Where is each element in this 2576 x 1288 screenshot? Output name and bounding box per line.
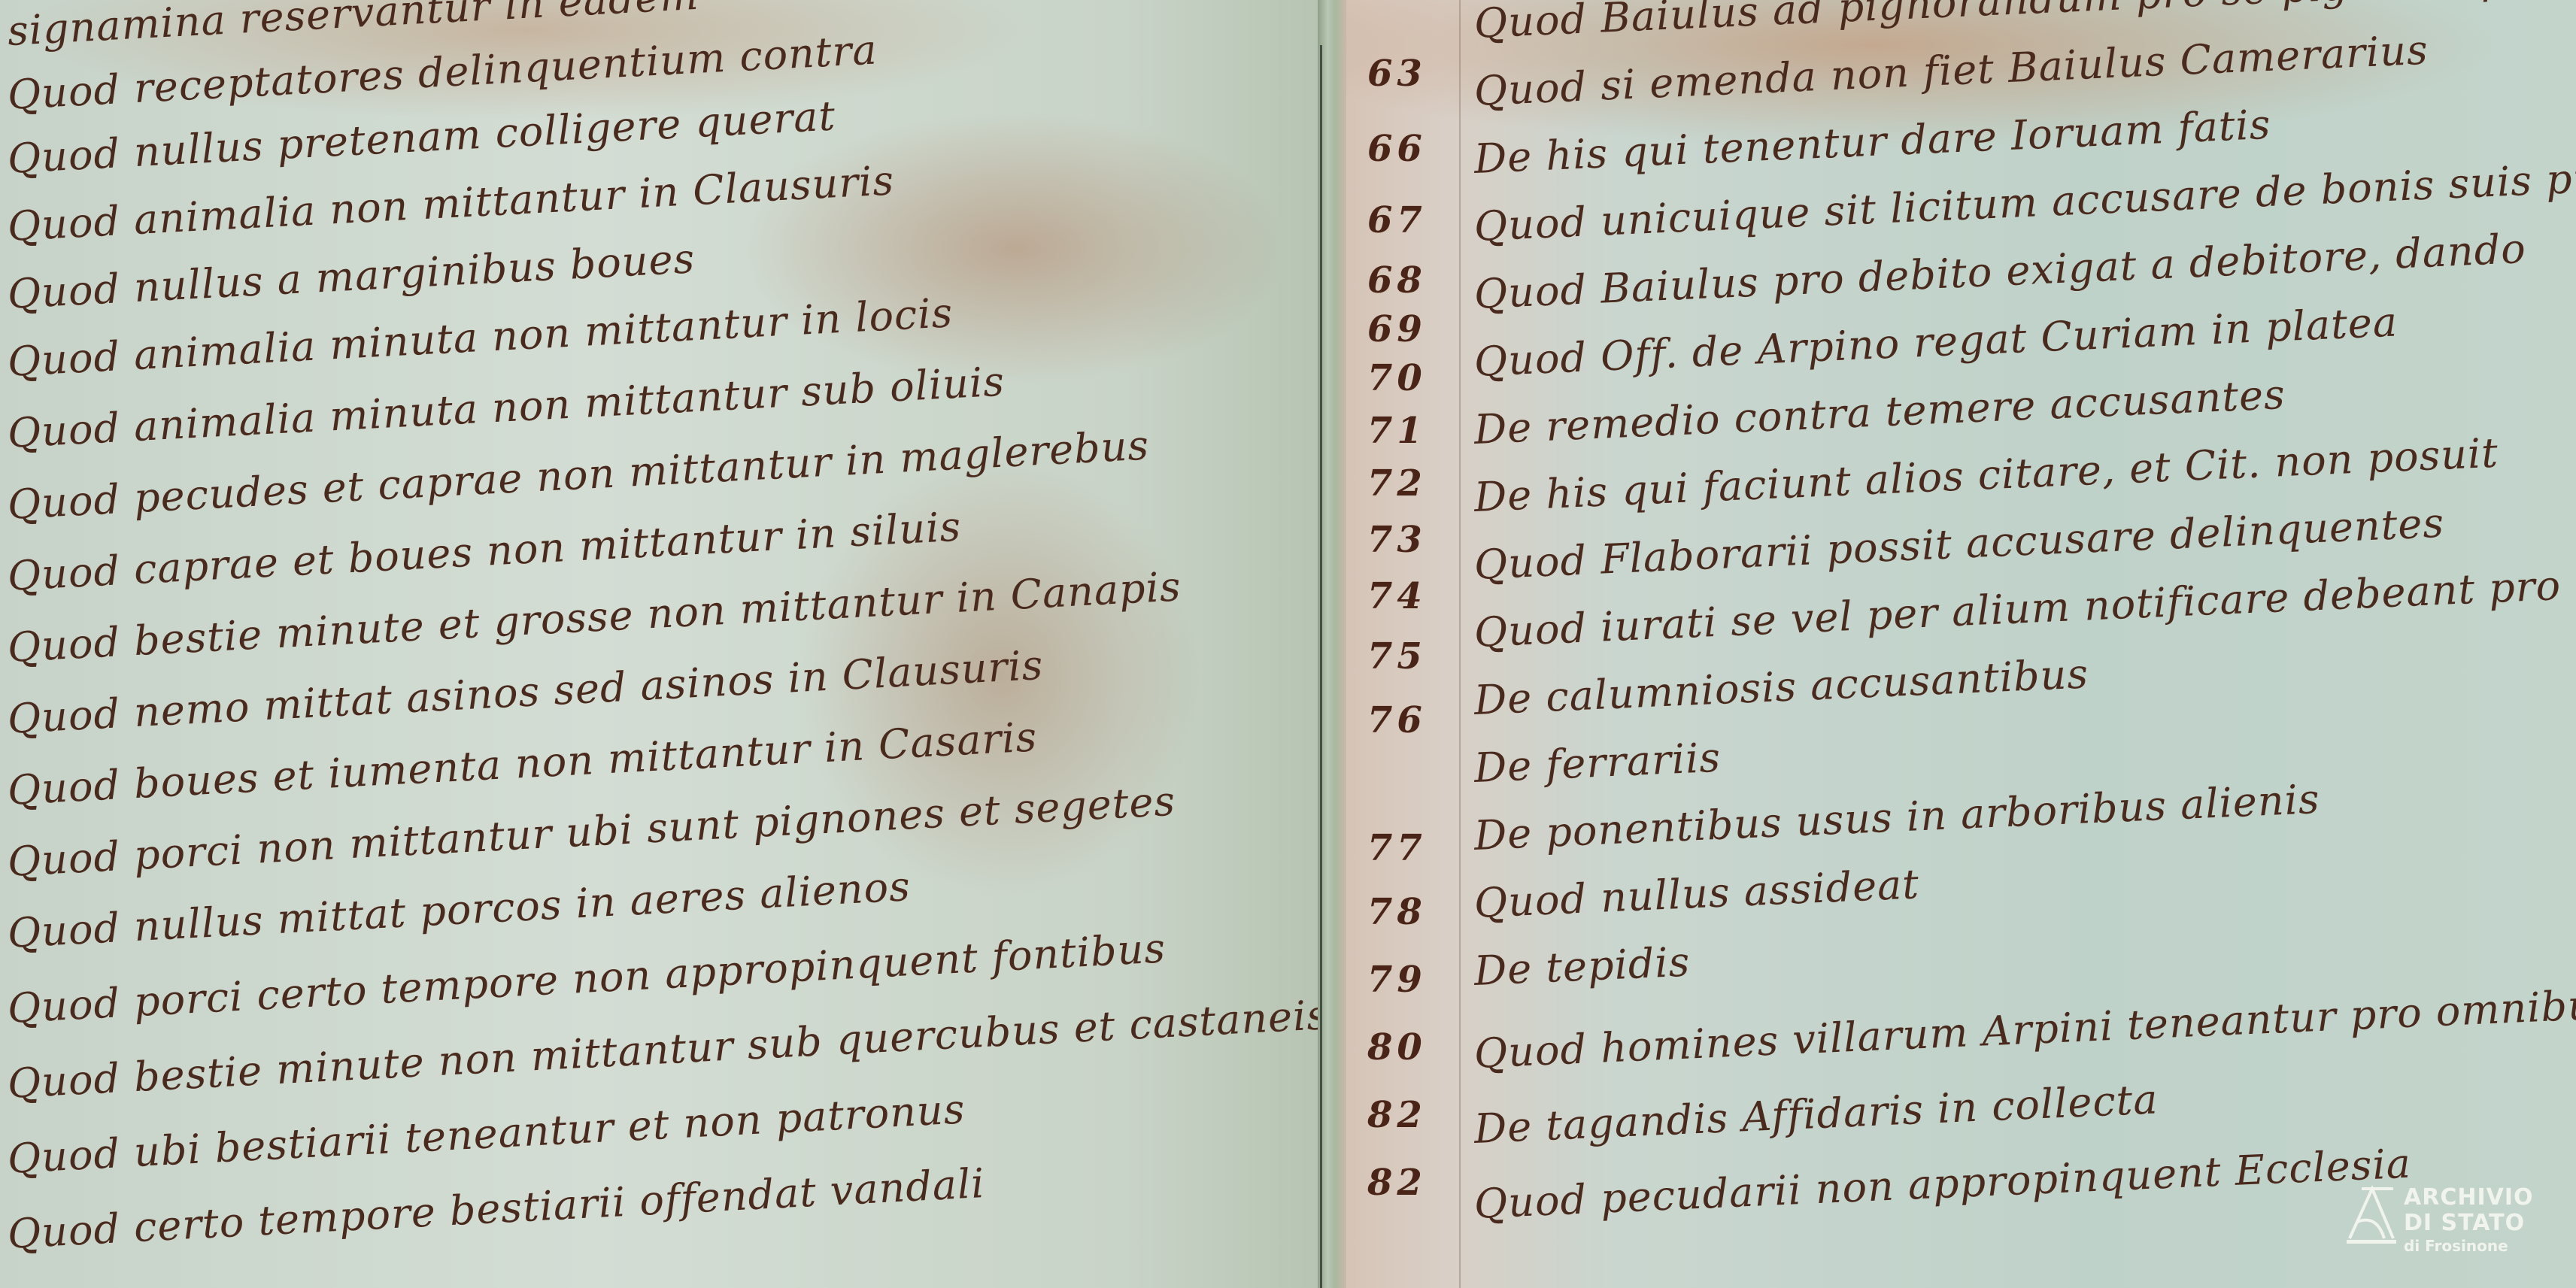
right-line: De tepidis — [1473, 938, 1692, 994]
right-line: De his qui tenentur dare Ioruam fatis — [1473, 101, 2272, 183]
watermark-line3: di Frosinone — [2404, 1237, 2508, 1255]
chapter-number: 78 — [1367, 891, 1427, 933]
left-page: signamina reservantur in eadem Quod rece… — [0, 0, 1318, 1288]
chapter-number: 67 — [1367, 199, 1427, 241]
spine-crease — [1320, 45, 1322, 1288]
chapter-number: 73 — [1367, 519, 1427, 561]
chapter-number: 74 — [1367, 575, 1427, 617]
chapter-number: 82 — [1367, 1162, 1427, 1204]
right-line: Quod nullus assideat — [1473, 860, 1921, 927]
chapter-number: 75 — [1367, 635, 1427, 677]
right-line: De tagandis Affidaris in collecta — [1473, 1075, 2159, 1153]
chapter-number: 79 — [1367, 959, 1427, 1001]
chapter-number: 77 — [1367, 827, 1427, 869]
chapter-number: 82 — [1367, 1094, 1427, 1136]
left-line: Quod nullus a marginibus boues — [6, 235, 696, 318]
chapter-number: 71 — [1367, 410, 1427, 452]
right-line: De calumniosis accusantibus — [1473, 650, 2090, 724]
manuscript-spread: signamina reservantur in eadem Quod rece… — [0, 0, 2576, 1288]
chapter-number: 69 — [1367, 308, 1427, 350]
watermark-line2: DI STATO — [2404, 1210, 2525, 1236]
right-line: De remedio contra temere accusantes — [1473, 371, 2286, 453]
chapter-number: 72 — [1367, 462, 1427, 505]
right-line: De ferrariis — [1473, 734, 1722, 792]
right-line: Quod pecudarii non appropinquent Ecclesi… — [1473, 1140, 2412, 1228]
chapter-number: 76 — [1367, 699, 1427, 741]
chapter-number: 68 — [1367, 259, 1427, 302]
right-line: Quod homines villarum Arpini teneantur p… — [1473, 980, 2576, 1077]
chapter-number: 80 — [1367, 1026, 1427, 1068]
watermark-line1: ARCHIVIO — [2404, 1184, 2534, 1211]
chapter-number: 63 — [1367, 53, 1427, 95]
archive-watermark: ARCHIVIO DI STATO di Frosinone — [2347, 1184, 2572, 1282]
archivio-logo-icon — [2347, 1184, 2396, 1244]
chapter-number: 66 — [1367, 128, 1427, 170]
margin-rule — [1459, 0, 1461, 1288]
chapter-number: 70 — [1367, 357, 1427, 399]
right-line: De ponentibus usus in arboribus alienis — [1473, 775, 2321, 859]
right-page: 63 66 67 68 69 70 71 72 73 74 75 76 77 7… — [1346, 0, 2576, 1288]
